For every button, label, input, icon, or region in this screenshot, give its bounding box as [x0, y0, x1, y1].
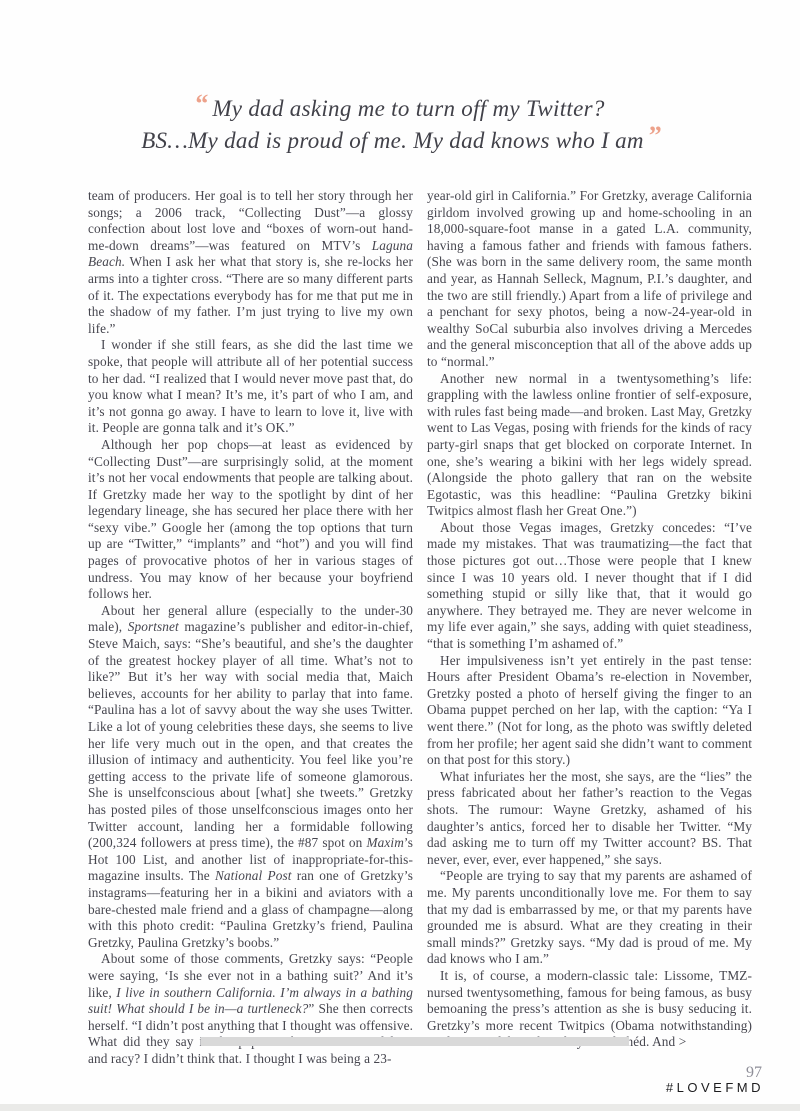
article-column-left: team of producers. Her goal is to tell h… — [88, 188, 413, 1067]
paragraph: I wonder if she still fears, as she did … — [88, 337, 413, 437]
paragraph: Another new normal in a twentysomething’… — [427, 371, 752, 520]
paragraph: Her impulsiveness isn’t yet entirely in … — [427, 653, 752, 769]
paragraph: year-old girl in California.” For Gretzk… — [427, 188, 752, 371]
paragraph: “People are trying to say that my parent… — [427, 868, 752, 968]
quote-open-icon: “ — [195, 89, 205, 118]
paragraph: What infuriates her the most, she says, … — [427, 769, 752, 869]
footer-divider-bar — [201, 1037, 629, 1046]
paragraph: About her general allure (especially to … — [88, 603, 413, 951]
article-body: team of producers. Her goal is to tell h… — [88, 188, 753, 1067]
article-column-right: year-old girl in California.” For Gretzk… — [427, 188, 752, 1067]
paragraph: team of producers. Her goal is to tell h… — [88, 188, 413, 337]
magazine-page: “My dad asking me to turn off my Twitter… — [0, 0, 800, 1111]
pull-quote: “My dad asking me to turn off my Twitter… — [48, 92, 752, 156]
watermark-lovefmd: #LOVEFMD — [666, 1080, 764, 1095]
quote-close-icon: ” — [649, 121, 659, 150]
page-bottom-edge — [0, 1104, 800, 1111]
paragraph: About those Vegas images, Gretzky conced… — [427, 520, 752, 653]
paragraph: Although her pop chops—at least as evide… — [88, 437, 413, 603]
paragraph: About some of those comments, Gretzky sa… — [88, 951, 413, 1067]
pull-quote-line1: My dad asking me to turn off my Twitter? — [212, 96, 604, 121]
pull-quote-line2: BS…My dad is proud of me. My dad knows w… — [141, 128, 644, 153]
